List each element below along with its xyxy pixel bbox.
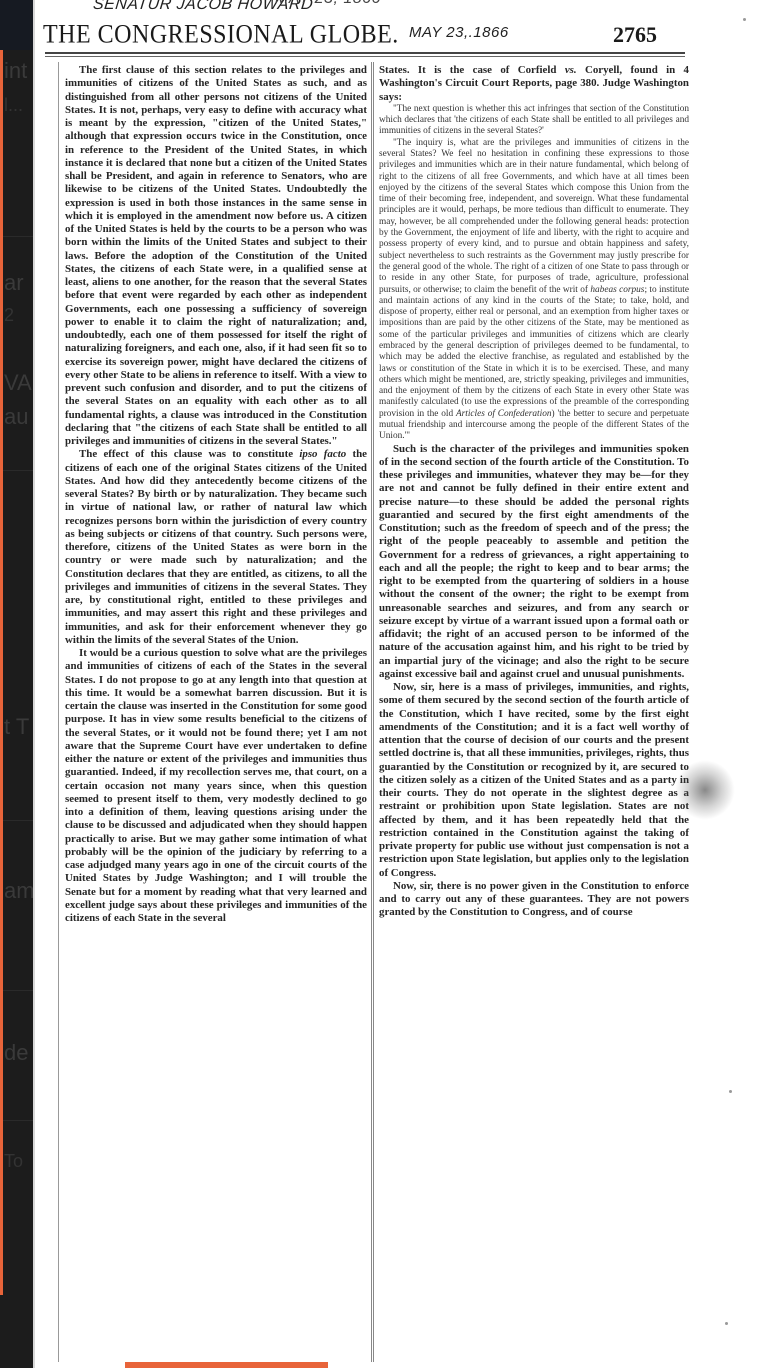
paragraph: Such is the character of the privileges …	[379, 443, 689, 682]
background-app-sidebar: intl...ar2VAaut TamdeTo	[0, 0, 33, 1368]
sidebar-text-fragment: de	[4, 1042, 28, 1064]
masthead: THE CONGRESSIONAL GLOBE. 2765	[43, 22, 693, 52]
sidebar-text-fragment: VA	[4, 372, 32, 394]
sidebar-divider	[3, 1120, 33, 1121]
handwritten-annotation-top-date: MAY 23, 1866	[275, 0, 381, 8]
text-column-left: The first clause of this section relates…	[65, 64, 367, 925]
newspaper-page: SENATUR JACOB HOWARD MAY 23, 1866 THE CO…	[35, 0, 768, 1368]
paragraph: States. It is the case of Corfield vs. C…	[379, 64, 689, 104]
sidebar-text-fragment: int	[4, 60, 27, 82]
sidebar-divider	[3, 820, 33, 821]
paragraph: The first clause of this section relates…	[65, 64, 367, 448]
masthead-rule-thick	[45, 52, 685, 54]
sidebar-text-fragment: l...	[4, 96, 23, 114]
sidebar-text-fragment: t T	[4, 716, 29, 738]
page-number: 2765	[613, 22, 657, 48]
paragraph: The effect of this clause was to constit…	[65, 448, 367, 647]
paragraph: Now, sir, here is a mass of privileges, …	[379, 681, 689, 880]
sidebar-divider	[3, 990, 33, 991]
sidebar-text-fragment: To	[4, 1152, 23, 1170]
paper-speck	[729, 1090, 732, 1093]
paragraph: Now, sir, there is no power given in the…	[379, 880, 689, 920]
sidebar-divider	[3, 236, 33, 237]
sidebar-text-fragment: ar	[4, 272, 24, 294]
sidebar-divider	[3, 470, 33, 471]
paper-speck	[743, 18, 746, 21]
sidebar-text-fragment: 2	[4, 306, 14, 324]
bottom-accent-bar	[125, 1362, 328, 1368]
masthead-title: THE CONGRESSIONAL GLOBE.	[43, 21, 399, 51]
masthead-rule-thin	[45, 56, 685, 57]
sidebar-text-fragment: am	[4, 880, 33, 902]
paper-speck	[725, 1322, 728, 1325]
paragraph: It would be a curious question to solve …	[65, 647, 367, 925]
text-column-right: States. It is the case of Corfield vs. C…	[379, 64, 689, 920]
column-left-border	[58, 62, 59, 1362]
block-quote: "The next question is whether this act i…	[379, 104, 689, 138]
column-divider	[371, 62, 374, 1362]
ink-smudge	[675, 760, 735, 820]
sidebar-topbar	[0, 0, 33, 50]
block-quote: "The inquiry is, what are the privileges…	[379, 138, 689, 443]
handwritten-annotation-date: MAY 23,.1866	[409, 24, 509, 41]
sidebar-text-fragment: au	[4, 406, 28, 428]
